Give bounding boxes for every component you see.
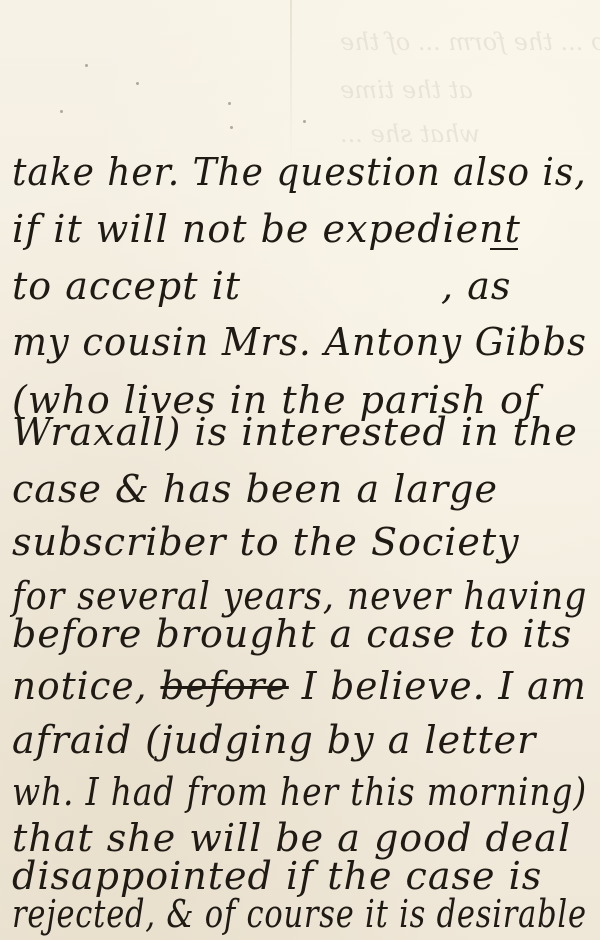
text-segment: to accept it	[12, 264, 241, 308]
text-segment: notice,	[12, 664, 148, 708]
text-line-7: case & has been a large	[12, 467, 498, 511]
bleed-line: at the time	[340, 76, 473, 104]
text-line-3: to accept it, as	[12, 264, 511, 308]
paper-speck	[228, 102, 231, 105]
paper-fold	[290, 0, 292, 160]
text-segment: , as	[441, 264, 511, 308]
bleed-line: to ... the form ... of the	[340, 28, 600, 56]
paper-speck	[303, 120, 306, 123]
paper-speck	[230, 126, 233, 129]
text-line-2: if it will not be expedient	[12, 207, 521, 251]
text-line-11: notice, before I believe. I am	[12, 664, 587, 708]
paper-speck	[85, 64, 88, 67]
bleed-line: what she ...	[340, 120, 480, 148]
paper-speck	[136, 82, 139, 85]
text-line-4: my cousin Mrs. Antony Gibbs	[12, 320, 587, 364]
text-line-16: rejected, & of course it is desirable	[12, 892, 587, 936]
letter-page: to ... the form ... of the at the time w…	[0, 0, 600, 940]
text-line-6: Wraxall) is interested in the	[12, 410, 578, 454]
underline-mark	[490, 248, 518, 250]
text-line-12: afraid (judging by a letter	[12, 718, 536, 762]
text-line-10: before brought a case to its	[12, 612, 572, 656]
text-segment: I believe. I am	[302, 664, 587, 708]
text-line-1: take her. The question also is,	[12, 150, 587, 194]
text-line-13: wh. I had from her this morning)	[12, 770, 587, 814]
paper-speck	[60, 110, 63, 113]
struck-word: before	[160, 664, 288, 708]
text-line-8: subscriber to the Society	[12, 520, 520, 564]
